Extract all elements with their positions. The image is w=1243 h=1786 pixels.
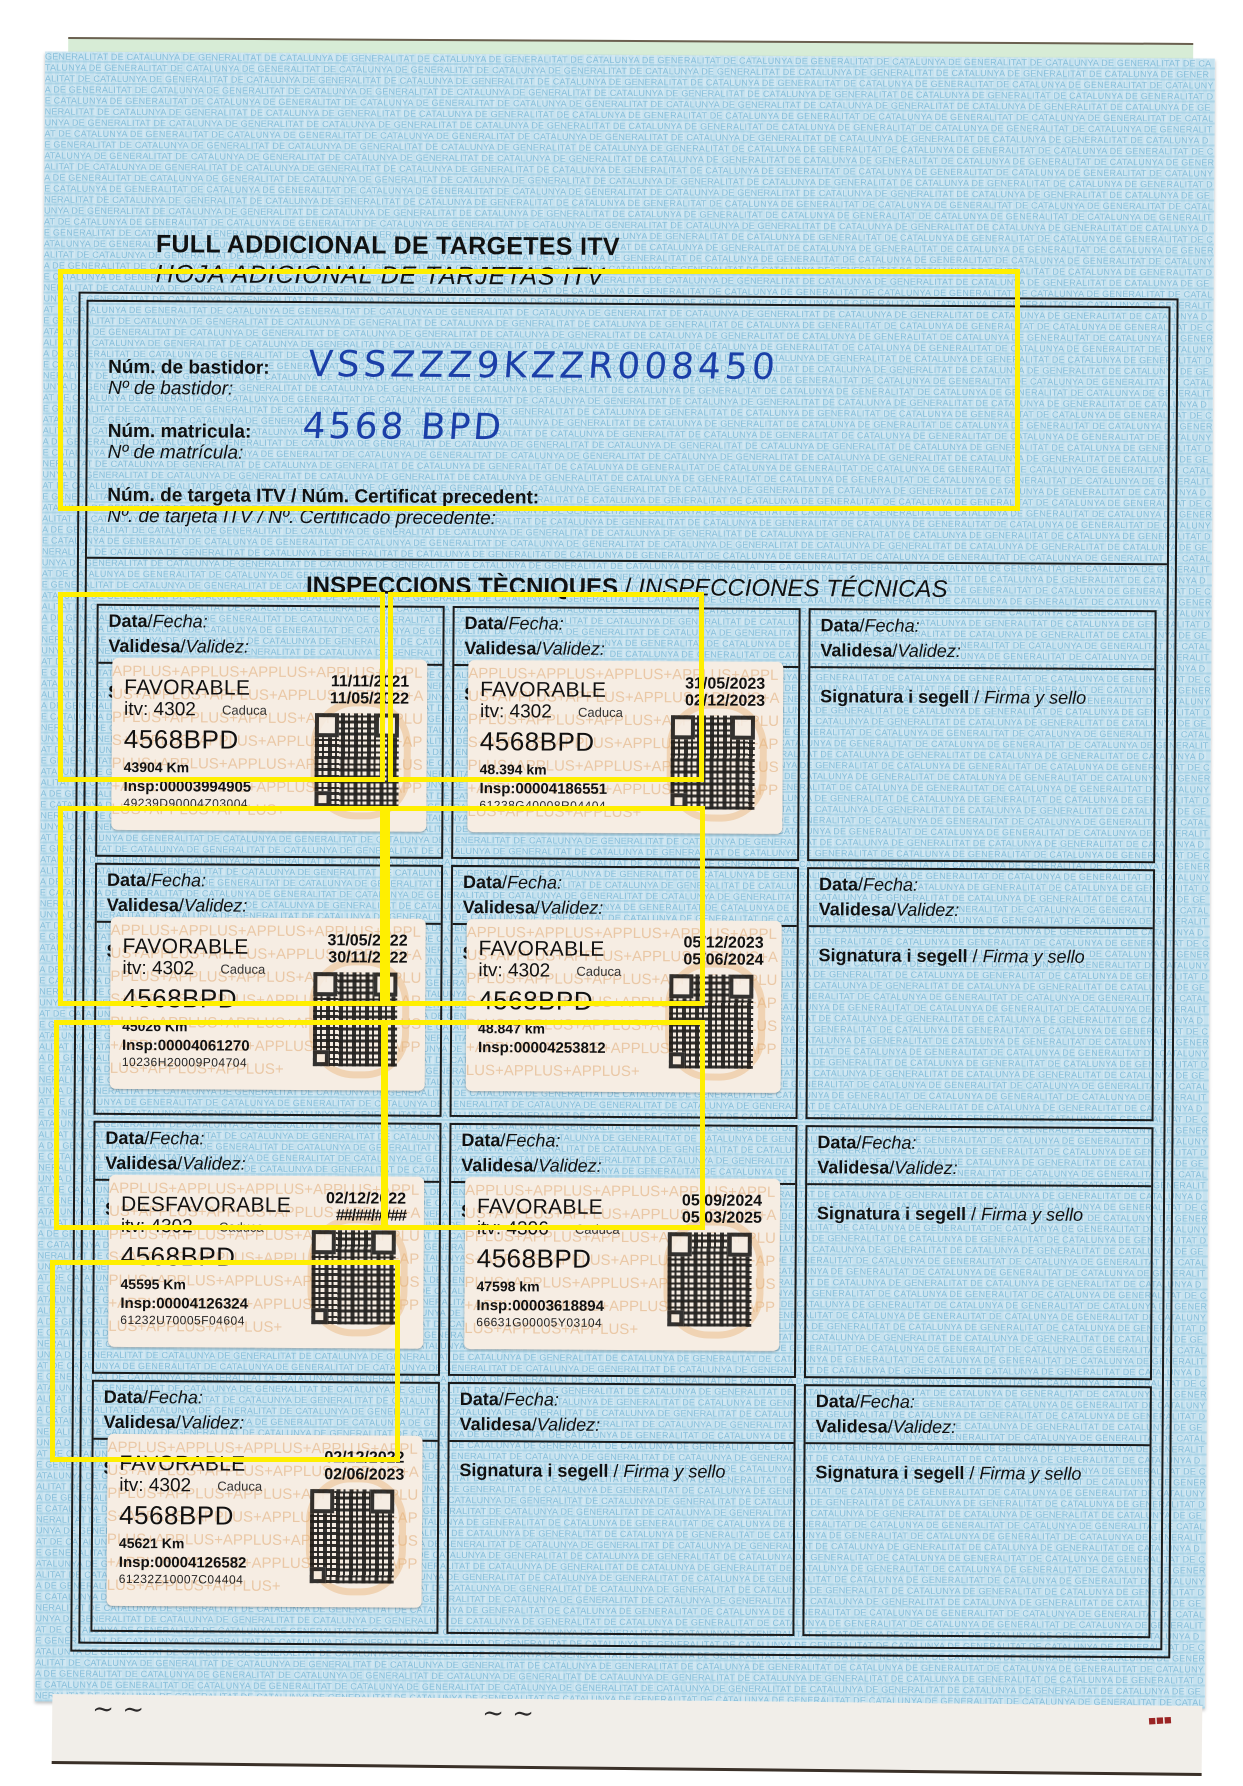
inspection-date: 02/12/2022 [326, 1190, 406, 1208]
itv-station: itv: 4302 [119, 1474, 191, 1496]
itv-station: itv: 4302 [122, 957, 194, 979]
date-label: Data/Fecha: [105, 1126, 429, 1153]
sticker-code: 61238G40008R04404 [479, 798, 606, 813]
validity-label: Validesa/Validez: [461, 1153, 785, 1180]
date-label: Data/Fecha: [463, 870, 787, 897]
date-label: Data/Fecha: [460, 1387, 784, 1414]
expiry-date: 05/03/2025 [682, 1209, 762, 1227]
cell-header: Data/Fecha: Validesa/Validez: [454, 608, 798, 668]
plate-number: 4568BPD [480, 726, 595, 758]
form-frame: Núm. de bastidor: Nº de bastidor: VSSZZZ… [70, 292, 1178, 1659]
inspection-date: 31/05/2022 [327, 932, 407, 950]
odometer: 45026 Km [122, 1017, 187, 1033]
inspections-header-ca: INSPECCIONS TÈCNIQUES [306, 572, 618, 601]
inspections-header-es: INSPECCIONES TÉCNICAS [638, 574, 948, 603]
expiry-date: 02/12/2023 [685, 692, 765, 710]
title-catalan: FULL ADDICIONAL DE TARGETES ITV [156, 230, 620, 262]
inspections-header: INSPECCIONS TÈCNIQUES / INSPECCIONES TÉC… [87, 557, 1167, 604]
form-inner-frame: Núm. de bastidor: Nº de bastidor: VSSZZZ… [78, 300, 1170, 1651]
inspection-number: Insp:00004126324 [120, 1295, 248, 1313]
inspection-cell: Data/Fecha: Validesa/Validez: Signatura … [451, 606, 801, 861]
sticker-code: 61232U70005F04604 [120, 1313, 245, 1328]
odometer: 47598 km [476, 1278, 539, 1294]
caduca-label: Caduca [576, 963, 621, 978]
inspection-date: 31/05/2023 [685, 675, 765, 693]
validity-label: Validesa/Validez: [105, 1151, 429, 1178]
qr-code-icon [310, 1489, 395, 1584]
itv-sticker: APPLUS+APPLUS+APPLUS+APPLUS+APPLUS+APPLU… [107, 1433, 423, 1607]
signature-label: Signatura i segell / Firma y sello [820, 686, 1086, 709]
inspection-date: 11/11/2021 [331, 673, 409, 691]
date-label: Data/Fecha: [464, 611, 788, 638]
cell-header: Data/Fecha: Validesa/Validez: [453, 866, 797, 926]
cell-header: Data/Fecha: Validesa/Validez: [810, 610, 1154, 670]
inspection-cell: Data/Fecha: Validesa/Validez: Signatura … [94, 862, 444, 1117]
inspection-result: FAVORABLE [123, 934, 249, 959]
signature-label: Signatura i segell / Firma y sello [815, 1462, 1081, 1485]
inspection-cell: Data/Fecha: Validesa/Validez: Signatura … [804, 1125, 1154, 1380]
caduca-label: Caduca [575, 1222, 620, 1237]
matricula-value: 4568 BPD [301, 406, 505, 448]
itv-station: itv: 4302 [121, 1216, 193, 1238]
date-label: Data/Fecha: [820, 613, 1144, 640]
plate-number: 4568BPD [478, 985, 593, 1017]
qr-code-icon [670, 715, 755, 810]
inspection-result: DESFAVORABLE [121, 1193, 291, 1218]
inspection-cell: Data/Fecha: Validesa/Validez: Signatura … [92, 1121, 442, 1376]
validity-label: Validesa/Validez: [819, 897, 1143, 924]
odometer: 43904 Km [124, 759, 189, 775]
plate-number: 4568BPD [121, 1241, 236, 1273]
matricula-field: Núm. matricula: Nº de matrícula: 4568 BP… [108, 421, 1148, 470]
inspection-number: Insp:00004253812 [478, 1039, 606, 1057]
odometer: 45595 Km [120, 1276, 185, 1292]
inspection-grid: Data/Fecha: Validesa/Validez: Signatura … [90, 604, 1156, 1638]
signature-label: Signatura i segell / Firma y sello [459, 1459, 725, 1482]
odometer: 45621 Km [119, 1534, 184, 1550]
qr-code-icon [667, 1232, 752, 1327]
inspection-cell: Data/Fecha: Validesa/Validez: Signatura … [448, 1123, 798, 1378]
vehicle-fields: Núm. de bastidor: Nº de bastidor: VSSZZZ… [107, 357, 1148, 555]
date-label: Data/Fecha: [819, 872, 1143, 899]
targeta-field: Núm. de targeta ITV / Núm. Certificat pr… [107, 485, 1147, 534]
date-label: Data/Fecha: [107, 867, 431, 894]
qr-code-icon [314, 713, 399, 808]
plate-number: 4568BPD [477, 1243, 592, 1275]
inspection-number: Insp:00003994905 [124, 778, 252, 796]
validity-label: Validesa/Validez: [816, 1414, 1140, 1441]
sticker-code: 66631G00005Y03104 [476, 1315, 602, 1330]
date-label: Data/Fecha: [461, 1128, 785, 1155]
cell-header: Data/Fecha: Validesa/Validez: [450, 1383, 794, 1443]
inspection-date: 05/12/2023 [683, 934, 763, 952]
date-label: Data/Fecha: [817, 1130, 1141, 1157]
itv-sticker: APPLUS+APPLUS+APPLUS+APPLUS+APPLUS+APPLU… [466, 919, 782, 1093]
itv-sticker: APPLUS+APPLUS+APPLUS+APPLUS+APPLUS+APPLU… [467, 660, 783, 834]
inspection-cell: Data/Fecha: Validesa/Validez: Signatura … [806, 867, 1156, 1122]
date-label: Data/Fecha: [816, 1389, 1140, 1416]
inspection-number: Insp:00004186551 [480, 780, 608, 798]
bottom-handwriting-left: ~ ~ [92, 1694, 144, 1725]
inspection-result: FAVORABLE [480, 678, 606, 703]
signature-label: Signatura i segell / Firma y sello [817, 1203, 1083, 1226]
itv-additional-sheet: GENERALITAT DE CATALUNYA DE GENERALITAT … [35, 51, 1215, 1708]
validity-label: Validesa/Validez: [108, 634, 432, 661]
cell-header: Data/Fecha: Validesa/Validez: [809, 869, 1153, 929]
bastidor-field: Núm. de bastidor: Nº de bastidor: VSSZZZ… [108, 357, 1148, 406]
cell-header: Data/Fecha: Validesa/Validez: [94, 1381, 438, 1441]
sticker-code: 49239D90004Z03004 [123, 796, 248, 811]
inspection-cell: Data/Fecha: Validesa/Validez: Signatura … [450, 864, 800, 1119]
itv-sticker: APPLUS+APPLUS+APPLUS+APPLUS+APPLUS+APPLU… [110, 916, 426, 1090]
expiry-date: 02/06/2023 [324, 1466, 404, 1484]
inspection-date: 05/09/2024 [682, 1192, 762, 1210]
validity-label: Validesa/Validez: [817, 1155, 1141, 1182]
expiry-date: 11/05/2022 [330, 690, 409, 708]
validity-label: Validesa/Validez: [820, 638, 1144, 665]
validity-label: Validesa/Validez: [464, 636, 788, 663]
inspection-number: Insp:00004126582 [119, 1553, 247, 1571]
validity-label: Validesa/Validez: [463, 895, 787, 922]
signature-label: Signatura i segell / Firma y sello [818, 945, 1084, 968]
plate-number: 4568BPD [119, 1499, 234, 1531]
expiry-date: 30/11/2022 [328, 949, 407, 967]
itv-station: itv: 4302 [478, 960, 550, 982]
qr-code-icon [313, 972, 398, 1067]
inspection-cell: Data/Fecha: Validesa/Validez: Signatura … [90, 1379, 440, 1634]
caduca-label: Caduca [222, 703, 267, 718]
validity-label: Validesa/Validez: [107, 892, 431, 919]
cell-header: Data/Fecha: Validesa/Validez: [97, 864, 441, 924]
expiry-date: ##/##/#### [336, 1207, 406, 1225]
cell-header: Data/Fecha: Validesa/Validez: [98, 606, 442, 666]
odometer: 48.394 km [480, 761, 547, 777]
caduca-label: Caduca [217, 1478, 262, 1493]
date-label: Data/Fecha: [108, 609, 432, 636]
inspection-cell: Data/Fecha: Validesa/Validez: Signatura … [446, 1381, 796, 1636]
red-stamp: ■■■ [1148, 1713, 1172, 1728]
inspection-number: Insp:00004061270 [122, 1036, 250, 1054]
inspection-result: FAVORABLE [477, 1195, 603, 1220]
cell-header: Data/Fecha: Validesa/Validez: [806, 1386, 1150, 1446]
expiry-date: 05/06/2024 [683, 951, 763, 969]
itv-sticker: APPLUS+APPLUS+APPLUS+APPLUS+APPLUS+APPLU… [108, 1175, 424, 1349]
qr-code-icon [311, 1230, 396, 1325]
validity-label: Validesa/Validez: [104, 1409, 428, 1436]
header-separator: / [618, 574, 638, 601]
inspection-cell: Data/Fecha: Validesa/Validez: Signatura … [802, 1384, 1152, 1639]
bastidor-value: VSSZZZ9KZZR008450 [307, 344, 781, 388]
inspection-number: Insp:00003618894 [476, 1297, 604, 1315]
inspection-result: FAVORABLE [119, 1451, 245, 1476]
title-spanish: HOJA ADICIONAL DE TARJETAS ITV [156, 260, 620, 292]
caduca-label: Caduca [220, 961, 265, 976]
caduca-label: Caduca [578, 705, 623, 720]
plate-number: 4568BPD [124, 724, 239, 756]
date-label: Data/Fecha: [104, 1384, 428, 1411]
bottom-handwriting-mid: ~ ~ [482, 1698, 534, 1729]
cell-header: Data/Fecha: Validesa/Validez: [807, 1127, 1151, 1187]
inspection-cell: Data/Fecha: Validesa/Validez: Signatura … [95, 604, 445, 859]
inspection-result: FAVORABLE [124, 676, 250, 701]
plate-number: 4568BPD [122, 982, 237, 1014]
itv-station: itv: 4306 [477, 1218, 549, 1240]
bottom-sheet-edge: ~ ~ ~ ~ ■■■ [52, 1694, 1203, 1776]
document-title: FULL ADDICIONAL DE TARGETES ITV HOJA ADI… [156, 230, 620, 292]
validity-label: Validesa/Validez: [460, 1412, 784, 1439]
inspection-date: 02/12/2022 [324, 1449, 404, 1467]
qr-code-icon [669, 974, 754, 1069]
inspection-result: FAVORABLE [479, 937, 605, 962]
sticker-code: 10236H20009P04704 [122, 1054, 247, 1069]
cell-header: Data/Fecha: Validesa/Validez: [95, 1123, 439, 1183]
odometer: 48.847 km [478, 1020, 545, 1036]
itv-station: itv: 4302 [480, 701, 552, 723]
cell-header: Data/Fecha: Validesa/Validez: [451, 1125, 795, 1185]
itv-station: itv: 4302 [124, 699, 196, 721]
inspection-cell: Data/Fecha: Validesa/Validez: Signatura … [807, 608, 1157, 863]
sticker-code: 61232Z10007C04404 [119, 1571, 244, 1586]
itv-sticker: APPLUS+APPLUS+APPLUS+APPLUS+APPLUS+APPLU… [111, 658, 427, 832]
caduca-label: Caduca [219, 1220, 264, 1235]
itv-sticker: APPLUS+APPLUS+APPLUS+APPLUS+APPLUS+APPLU… [464, 1177, 780, 1351]
